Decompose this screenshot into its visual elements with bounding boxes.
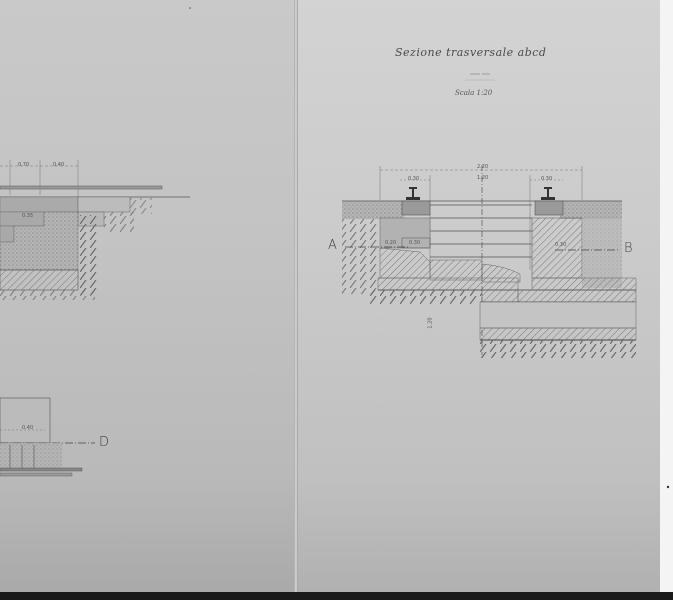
dim-inner-width: 1.20 [477,175,488,181]
dim-left-2: 0.40 [53,162,64,168]
dim-rail-left: 0.30 [408,176,419,182]
drawing-scale: Scala 1:20 [455,89,492,97]
dim-left-1: 0.70 [18,162,29,168]
cross-section-right [342,165,636,358]
rail-left-icon [402,187,430,215]
dim-right-inner: 0.30 [555,242,566,248]
section-marker-d: D [99,435,109,450]
dim-lower: 0.40 [22,425,33,431]
dim-total-width: 2.20 [477,164,488,170]
drawing-title: Sezione trasversale abcd [395,46,546,59]
drawing-lines [0,0,673,600]
side-note: 1.20 [428,317,434,328]
dim-left-small-1: 0.20 [385,240,396,246]
dim-left-small-2: 0.30 [409,240,420,246]
section-marker-b: B [624,241,633,256]
section-marker-a: A [328,238,337,253]
rail-right-icon [535,187,563,215]
dim-rail-right: 0.30 [541,176,552,182]
dim-left-3: 0.35 [22,213,33,219]
scanned-drawing-sheet: Sezione trasversale abcd Scala 1:20 2.20… [0,0,673,600]
